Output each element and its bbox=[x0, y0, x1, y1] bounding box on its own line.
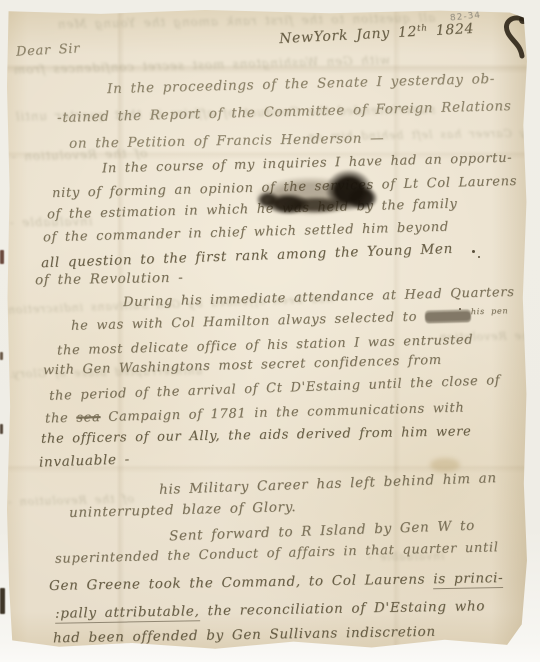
line-segment: In the proceedings of the Senate I yeste… bbox=[107, 71, 495, 97]
manuscript-line: superintended the Conduct of affairs in … bbox=[55, 540, 499, 567]
line-segment: the period of the arrival of Ct D'Estain… bbox=[49, 373, 501, 404]
line-segment: the officers of our Ally, the aids deriv… bbox=[41, 424, 472, 447]
line-segment: Dear Sir bbox=[16, 41, 81, 59]
line-segment: During his immediate attendance at Head … bbox=[123, 285, 515, 310]
manuscript-line: all question to the first rank among the… bbox=[41, 241, 453, 271]
dateline: NewYork Jany 12th 1824 bbox=[279, 21, 475, 47]
line-segment: NewYork Jany 12 bbox=[279, 24, 418, 47]
line-segment: he was with Col Hamilton always selected… bbox=[71, 309, 425, 333]
manuscript-line: the period of the arrival of Ct D'Estain… bbox=[49, 373, 501, 404]
edge-stain bbox=[0, 424, 3, 434]
edge-stain bbox=[0, 250, 4, 264]
line-segment: on the Petition of Francis Henderson — bbox=[69, 130, 385, 152]
ink-hook-stroke bbox=[495, 14, 528, 66]
ink-speck bbox=[472, 250, 475, 253]
edge-stain bbox=[0, 588, 5, 614]
line-segment: :pally attributable, bbox=[55, 603, 200, 624]
line-segment: the bbox=[45, 411, 77, 427]
line-segment: his pen bbox=[471, 306, 509, 316]
manuscript-line: his Military Career has left behind him … bbox=[159, 470, 497, 498]
line-segment: had been offended by Gen Sullivans indis… bbox=[53, 624, 436, 647]
letter-page: all question to the first rank among the… bbox=[7, 10, 528, 650]
manuscript-line: invaluable - bbox=[39, 451, 130, 470]
corner-ink-mark bbox=[495, 14, 528, 66]
line-segment: uninterrupted blaze of Glory. bbox=[69, 499, 297, 521]
line-segment: of the Revolution - bbox=[35, 270, 184, 289]
line-segment: Gen Greene took the Command, to Col Laur… bbox=[49, 571, 434, 594]
scanned-letter: all question to the first rank among the… bbox=[0, 0, 540, 662]
manuscript-line: of the commander in chief which settled … bbox=[43, 220, 449, 246]
struck-out-word bbox=[425, 311, 471, 321]
line-segment: sea bbox=[76, 410, 101, 426]
line-segment: superintended the Conduct of affairs in … bbox=[55, 540, 499, 567]
manuscript-line: uninterrupted blaze of Glory. bbox=[69, 499, 297, 521]
manuscript-line: During his immediate attendance at Head … bbox=[123, 285, 515, 310]
manuscript-line: had been offended by Gen Sullivans indis… bbox=[53, 624, 436, 647]
ink-speck bbox=[459, 308, 461, 310]
manuscript-line: -tained the Report of the Committee of F… bbox=[57, 98, 512, 126]
manuscript-line: In the proceedings of the Senate I yeste… bbox=[107, 71, 495, 97]
line-segment: 1824 bbox=[427, 21, 474, 39]
line-segment: th bbox=[417, 23, 428, 34]
ink-blot bbox=[250, 168, 378, 220]
line-segment: all question to the first rank among the… bbox=[41, 241, 453, 271]
manuscript-line: he was with Col Hamilton always selected… bbox=[71, 307, 509, 333]
line-segment: the reconciliation of D'Estaing who bbox=[199, 598, 485, 619]
manuscript-line: Gen Greene took the Command, to Col Laur… bbox=[49, 570, 504, 594]
manuscript-line: :pally attributable, the reconciliation … bbox=[55, 598, 485, 622]
salutation: Dear Sir bbox=[16, 41, 81, 59]
manuscript-line: the officers of our Ally, the aids deriv… bbox=[41, 424, 472, 447]
edge-stain bbox=[0, 352, 3, 360]
manuscript-line: Sent forward to R Island by Gen W to bbox=[169, 518, 475, 545]
line-segment: invaluable - bbox=[39, 451, 130, 470]
manuscript-line: on the Petition of Francis Henderson — bbox=[69, 130, 385, 152]
line-segment: of the commander in chief which settled … bbox=[43, 220, 449, 246]
ink-speck bbox=[478, 256, 480, 258]
line-segment: is princi- bbox=[433, 570, 503, 589]
paper-stain bbox=[430, 458, 460, 472]
line-segment: his Military Career has left behind him … bbox=[159, 470, 497, 498]
line-segment: Sent forward to R Island by Gen W to bbox=[169, 518, 475, 545]
line-segment: -tained the Report of the Committee of F… bbox=[57, 98, 512, 126]
manuscript-line: of the Revolution - bbox=[35, 270, 184, 289]
line-segment: Campaign of 1781 in the communications w… bbox=[100, 401, 464, 426]
manuscript-line: the sea Campaign of 1781 in the communic… bbox=[45, 401, 465, 427]
